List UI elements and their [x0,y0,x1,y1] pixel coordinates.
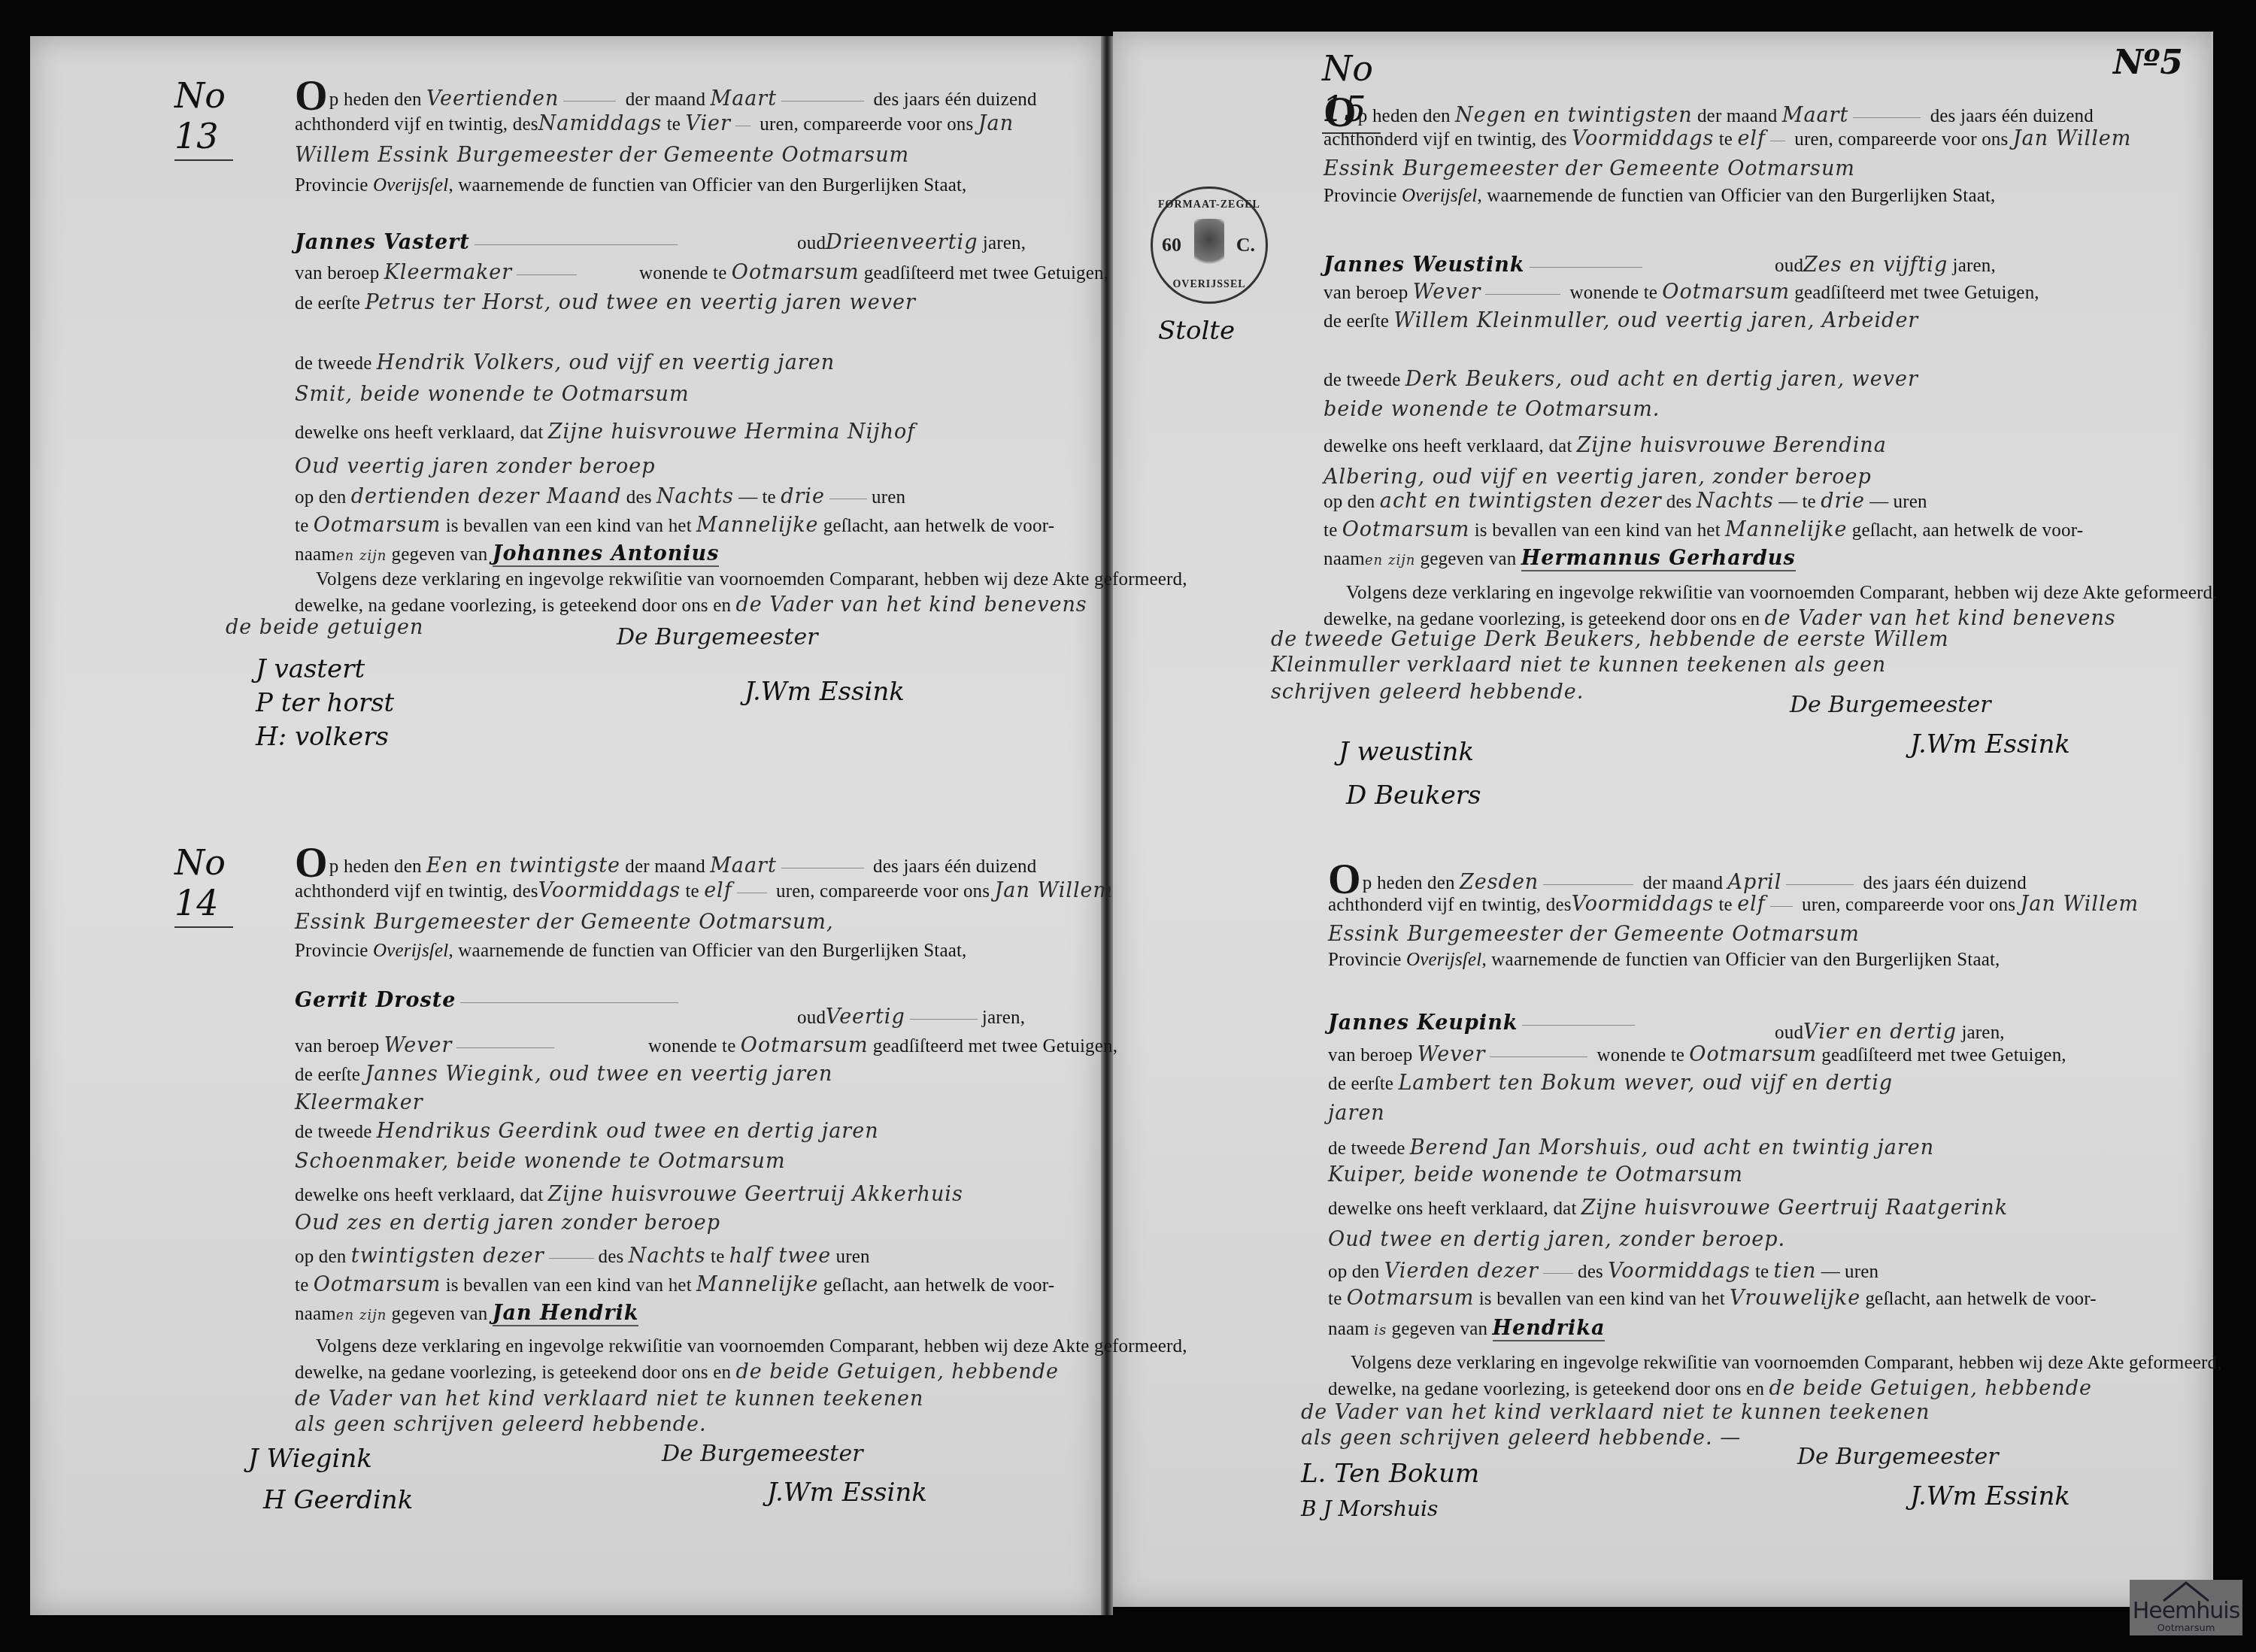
tax-stamp: FORMAAT-ZEGEL 60 C. OVERIJSSEL [1151,186,1268,304]
record-number: No 13 [174,75,233,161]
signature: H Geerdink [263,1485,413,1515]
day-field: Veertienden [426,87,559,111]
signature: J Wiegink [248,1444,372,1474]
signature: D Beukers [1346,781,1481,811]
margin-signature: Stolte [1158,316,1235,346]
signature: J weustink [1339,737,1474,767]
burgemeester-label: De Burgemeester [617,624,818,650]
burgemeester-signature: J.Wm Essink [744,677,905,707]
crown-crest-icon [1194,219,1224,271]
signature: P ter horst [256,688,394,718]
child-name: Johannes Antonius [493,542,720,567]
heemhuis-logo: Heemhuis Ootmarsum [2130,1580,2242,1635]
month-field: Maart [711,87,778,111]
signature: L. Ten Bokum [1301,1459,1479,1489]
signature: B J Morshuis [1301,1496,1438,1521]
record-intro-line: Op heden den Veertienden der maand Maart… [295,78,1037,114]
father-name: Jannes Vastert [295,231,470,254]
signature: H: volkers [256,722,389,752]
signature: J vastert [256,654,365,684]
folio-number: Nº5 [2113,44,2183,82]
